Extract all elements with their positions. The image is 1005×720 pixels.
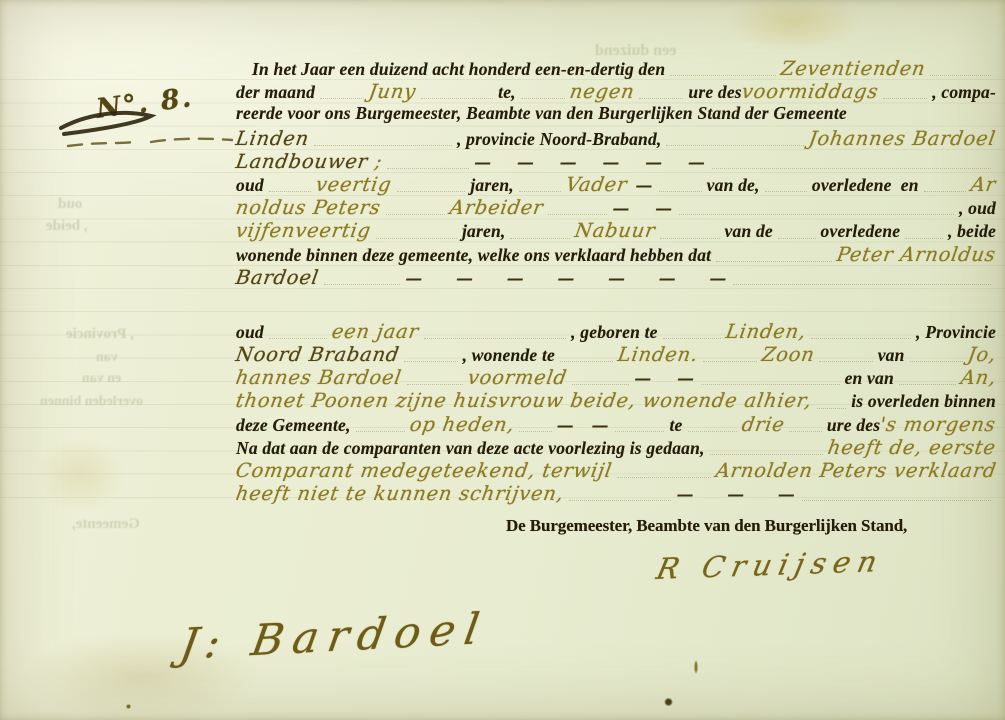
handwritten-text: Juny — [367, 80, 418, 103]
printed-text: te, — [498, 82, 516, 103]
printed-text: te — [669, 415, 682, 436]
handwritten-text: 's morgens — [878, 413, 997, 436]
printed-text: overledene — [821, 221, 901, 242]
pen-stroke: — — — [612, 199, 674, 219]
declarant-signature: J: Bardoel — [177, 604, 492, 670]
printed-text: , geboren te — [571, 322, 657, 343]
form-line: oudveertigjaren,Vader —van de,overledene… — [236, 173, 996, 196]
blank-fill — [519, 191, 561, 192]
form-line: wonende binnen deze gemeente, welke ons … — [236, 243, 996, 266]
printed-text: oud — [236, 175, 264, 196]
blank-fill — [356, 431, 405, 432]
act-number: N°. 8. — [94, 82, 194, 125]
form-line: der maandJunyte,negenure desvoormiddags,… — [236, 80, 996, 103]
blank-fill — [397, 191, 466, 192]
blank-fill — [560, 361, 613, 362]
blank-fill — [572, 384, 629, 385]
bleedthrough-text: Gemeente, — [72, 516, 140, 533]
pen-stroke: — — — [634, 369, 696, 389]
form-line: Na dat aan de comparanten van deze acte … — [236, 436, 996, 459]
document-lines: In het Jaar een duizend acht honderd een… — [236, 57, 996, 505]
blank-fill — [376, 238, 457, 239]
printed-text: In het Jaar een duizend acht honderd een… — [252, 59, 665, 80]
pen-stroke: — — — [557, 416, 611, 436]
blank-fill — [521, 98, 565, 99]
form-line: Linden, provincie Noord-Braband,Johannes… — [236, 127, 996, 150]
handwritten-text: Jo, — [966, 343, 998, 366]
handwritten-text: Arnolden Peters verklaard — [714, 459, 998, 482]
blank-fill — [802, 500, 991, 501]
printed-text: ure des — [827, 415, 880, 436]
printed-text: oud — [236, 322, 264, 343]
printed-text: van de, — [707, 175, 760, 196]
blank-fill — [269, 338, 327, 339]
ink-speck — [126, 704, 131, 709]
handwritten-text: heeft niet te kunnen schrijven, — [234, 482, 565, 505]
printed-text: , Provincie — [916, 322, 996, 343]
form-line: noldus PetersArbeider— —, oud — [236, 196, 996, 219]
blank-fill — [387, 168, 469, 169]
printed-text: en van — [845, 368, 894, 389]
blank-fill — [617, 477, 710, 478]
blank-fill — [386, 214, 445, 215]
printed-text: is overleden binnen — [851, 391, 996, 412]
handwritten-text: op heden, — [408, 413, 516, 436]
handwritten-text: Linden. — [616, 343, 700, 366]
form-line: vijfenveertigjaren,Nabuurvan deoverleden… — [236, 219, 996, 242]
handwritten-text: Zeventienden — [779, 57, 927, 80]
bleedthrough-text: oud — [58, 196, 82, 213]
handwritten-text: Noord Braband — [234, 343, 401, 366]
handwritten-text: negen — [568, 80, 636, 103]
blank-fill — [910, 361, 963, 362]
bleedthrough-text: van — [96, 350, 118, 366]
handwritten-text: Peter Arnoldus — [835, 243, 998, 266]
form-line: oudeen jaar, geboren teLinden,, Provinci… — [236, 320, 996, 343]
blank-fill — [899, 384, 956, 385]
pen-stroke: — — — — [676, 485, 796, 505]
blank-fill — [519, 431, 552, 432]
form-line: deze Gemeente,op heden,— —tedrieure des'… — [236, 413, 996, 436]
blank-fill — [905, 238, 943, 239]
blank-fill — [320, 98, 364, 99]
blank-fill — [510, 238, 569, 239]
handwritten-text: hannes Bardoel — [234, 366, 403, 389]
printed-text: der maand — [236, 82, 315, 103]
form-line: reerde voor ons Burgemeester, Beambte va… — [236, 103, 996, 126]
ink-speck — [664, 698, 673, 706]
form-line: Landbouwer ;— — — — — — — [236, 150, 996, 173]
bleedthrough-text: , Provincie — [66, 326, 134, 343]
handwritten-text: Landbouwer — [234, 150, 370, 173]
printed-text: ure des — [688, 82, 741, 103]
bleedthrough-text: , beide — [46, 218, 88, 235]
blank-fill — [421, 98, 493, 99]
printed-text: , wonende te — [463, 345, 555, 366]
handwritten-text: An, — [959, 366, 998, 389]
bleedthrough-text: overleden binnen — [40, 394, 143, 410]
printed-text: , oud — [959, 198, 996, 219]
printed-text: , compa- — [932, 82, 996, 103]
form-line: Comparant medegeteekend, terwijlArnolden… — [236, 459, 996, 482]
handwritten-text: Comparant medegeteekend, terwijl — [234, 459, 614, 482]
blank-fill — [765, 191, 807, 192]
blank-fill — [930, 75, 991, 76]
blank-fill — [778, 238, 816, 239]
handwritten-text: drie — [740, 413, 786, 436]
mayor-signature: R Cruijsen — [653, 544, 887, 586]
form-line: Bardoel— — — — — — — — [236, 266, 996, 289]
blank-fill — [269, 191, 311, 192]
blank-fill — [789, 431, 822, 432]
form-line: hannes Bardoelvoormeld— —en vanAn, — [236, 366, 996, 389]
handwritten-text: Arbeider — [448, 196, 545, 219]
blank-fill — [710, 454, 823, 455]
blank-fill — [639, 98, 683, 99]
printed-text: , provincie Noord-Braband, — [457, 129, 662, 150]
death-certificate-scan: N°. 8. In het Jaar een duizend acht hond… — [0, 0, 1005, 720]
blank-fill — [663, 338, 721, 339]
blank-fill — [670, 75, 775, 76]
blank-fill — [733, 284, 991, 285]
handwritten-text: Johannes Bardoel — [807, 127, 997, 150]
handwritten-text: veertig — [314, 173, 393, 196]
ink-speck — [694, 660, 698, 674]
printed-text: jaren, — [470, 175, 514, 196]
handwritten-text: Zoon — [760, 343, 816, 366]
blank-fill — [811, 338, 911, 339]
blank-fill — [817, 408, 846, 409]
printed-text: wonende binnen deze gemeente, welke ons … — [236, 245, 711, 266]
form-line: In het Jaar een duizend acht honderd een… — [236, 57, 996, 80]
pen-stroke: — — — — — — — — [405, 269, 728, 289]
blank-fill — [314, 145, 452, 146]
form-line: thonet Poonen zijne huisvrouw beide, won… — [236, 389, 996, 412]
handwritten-text: Nabuur — [573, 219, 657, 242]
blank-fill — [716, 261, 832, 262]
handwritten-text: voormiddags — [740, 80, 880, 103]
handwritten-text: Bardoel — [234, 266, 321, 289]
blank-fill — [701, 384, 840, 385]
blank-fill — [548, 214, 607, 215]
printed-text: deze Gemeente, — [236, 415, 351, 436]
handwritten-text: thonet Poonen zijne huisvrouw beide, won… — [234, 389, 813, 412]
blank-fill — [819, 361, 872, 362]
blank-fill — [712, 168, 991, 169]
printed-text: jaren, — [462, 221, 506, 242]
blank-fill — [688, 431, 737, 432]
bleedthrough-text: en van — [82, 371, 121, 387]
blank-fill — [404, 361, 457, 362]
printed-text: van de — [725, 221, 773, 242]
blank-fill — [407, 384, 464, 385]
handwritten-text: een jaar — [330, 320, 421, 343]
blank-fill — [569, 500, 672, 501]
blank-fill — [703, 361, 756, 362]
blank-fill — [324, 284, 400, 285]
printed-text: reerde voor ons Burgemeester, Beambte va… — [236, 103, 847, 124]
blank-fill — [615, 431, 664, 432]
handwritten-text: Ar — [969, 173, 998, 196]
pen-stroke: — — [627, 176, 654, 196]
handwritten-text: noldus Peters — [234, 196, 382, 219]
handwritten-text: voormeld — [467, 366, 570, 389]
handwritten-text: ; — [366, 150, 384, 173]
blank-fill — [666, 145, 804, 146]
printed-text: Na dat aan de comparanten van deze acte … — [236, 438, 705, 459]
handwritten-text: Linden — [234, 127, 311, 150]
closing-line: De Burgemeester, Beambte van den Burgerl… — [506, 516, 907, 536]
printed-text: overledene en — [812, 175, 919, 196]
pen-stroke: — — — — — — — [474, 153, 707, 173]
printed-text: , beide — [948, 221, 996, 242]
handwritten-text: heeft de, eerste — [826, 436, 998, 459]
blank-fill — [659, 191, 701, 192]
handwritten-text: vijfenveertig — [234, 219, 373, 242]
blank-fill — [424, 338, 566, 339]
blank-fill — [924, 191, 966, 192]
blank-fill — [660, 238, 719, 239]
handwritten-text: Vader — [564, 173, 629, 196]
printed-text: van — [878, 345, 905, 366]
form-line: Noord Braband, wonende teLinden.ZoonvanJ… — [236, 343, 996, 366]
form-line: heeft niet te kunnen schrijven,— — — — [236, 482, 996, 505]
blank-fill — [883, 98, 927, 99]
blank-fill — [679, 214, 954, 215]
handwritten-text: Linden, — [724, 320, 808, 343]
